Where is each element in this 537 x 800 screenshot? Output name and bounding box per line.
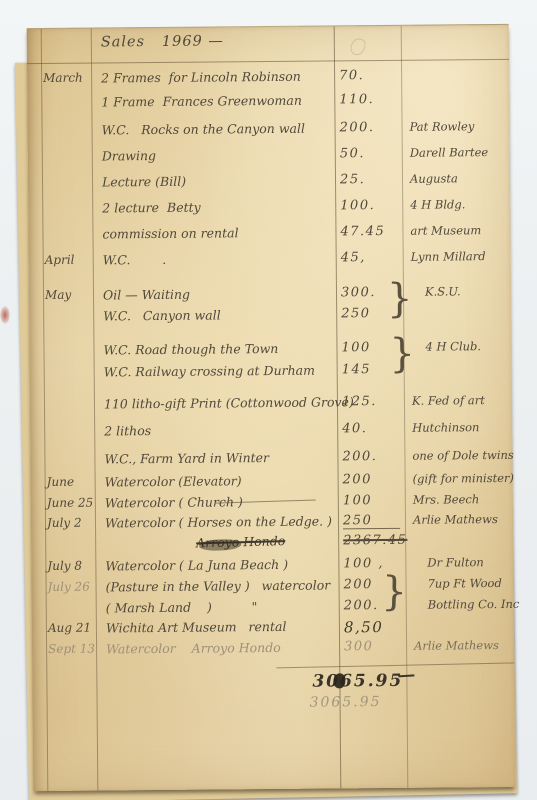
entry-date: July 26 [47, 580, 99, 594]
entry-amount: 100 , [343, 556, 384, 571]
header-underline [27, 59, 509, 64]
entry-description: Drawing [102, 148, 156, 163]
grouping-brace: } [381, 572, 407, 613]
ledger-row: March 2 Frames for Lincoln Robinson 70. [27, 67, 509, 93]
entry-amount: 45, [341, 250, 366, 265]
entry-date: July 2 [47, 516, 99, 530]
entry-payer: Hutchinson [412, 420, 479, 435]
entry-payer: K.S.U. [425, 284, 461, 298]
entry-date: Sept 13 [48, 642, 100, 656]
total-amount: 3065.95 [312, 671, 403, 692]
entry-date: March [43, 71, 95, 85]
ledger-row: W.C. Railway crossing at Durham 145 [30, 361, 512, 387]
entry-amount: 250 [343, 513, 400, 529]
entry-amount: 100 [341, 340, 370, 355]
entry-amount: 8,50 [344, 618, 384, 636]
entry-payer: Lynn Millard [411, 249, 486, 264]
red-stain [0, 306, 10, 324]
ledger-row: W.C. Rocks on the Canyon wall 200. Pat R… [28, 119, 510, 145]
entry-description: W.C. Road though the Town [103, 341, 278, 358]
entry-amount: 110. [339, 92, 374, 107]
ledger-row: Lecture (Bill) 25. Augusta [28, 171, 510, 197]
ledger-row: 2 lecture Betty 100. 4 H Bldg. [28, 197, 510, 223]
entry-payer: Arlie Mathews [413, 512, 498, 527]
entry-payer: 7up Ft Wood [427, 576, 501, 591]
entry-description: Watercolor ( Church ) [105, 494, 243, 510]
entry-description: 2 lecture Betty [102, 200, 201, 216]
ledger-row: 1 Frame Frances Greenwoman 110. [27, 91, 509, 117]
entry-payer: Pat Rowley [409, 119, 474, 134]
entry-date: April [45, 253, 97, 267]
entry-payer: 4 H Club. [425, 339, 481, 353]
ledger-row-struck: Arroyo Hondo 2367.45 [31, 532, 513, 558]
ledger-row: W.C. Canyon wall 250 [29, 305, 511, 331]
ledger-row: 2 lithos 40. Hutchinson [30, 420, 512, 446]
page-title: Sales 1969 — [101, 33, 224, 50]
entry-description: Watercolor ( Horses on the Ledge. ) [105, 513, 332, 530]
entry-payer: Mrs. Beech [413, 492, 480, 507]
ledger-row: commission on rental 47.45 art Museum [28, 223, 510, 249]
scanner-background: Sales 1969 — March 2 Frames for Lincoln … [0, 0, 537, 800]
entry-description: W.C., Farm Yard in Winter [104, 450, 269, 466]
entry-description: W.C. Rocks on the Canyon wall [102, 121, 305, 138]
entry-description: Lecture (Bill) [102, 174, 186, 190]
entry-amount: 250 [341, 306, 370, 321]
entry-payer: (gift for minister) [413, 471, 514, 486]
entry-description: Wichita Art Museum rental [106, 619, 287, 636]
ledger-row: W.C., Farm Yard in Winter 200. one of Do… [30, 448, 512, 474]
entry-description: Watercolor Arroyo Hondo [106, 640, 281, 657]
entry-payer: 4 H Bldg. [410, 197, 465, 211]
grouping-brace: } [389, 334, 415, 374]
grouping-brace: } [387, 279, 413, 319]
entry-description: W.C. Canyon wall [103, 307, 221, 323]
ledger-row: Sept 13 Watercolor Arroyo Hondo 300 Arli… [32, 638, 514, 664]
entry-amount: 300 [344, 639, 373, 654]
entry-description: Oil — Waiting [103, 287, 190, 303]
entry-description: W.C. Railway crossing at Durham [104, 363, 315, 380]
entry-payer: K. Fed of art [412, 393, 485, 408]
entry-description: 110 litho-gift Print (Cottonwood Grove) [104, 394, 354, 411]
entry-payer: Dr Fulton [427, 555, 484, 569]
entry-description: Watercolor (Elevator) [105, 473, 242, 489]
entry-amount: 100 [343, 493, 372, 508]
ink-blot [333, 673, 345, 688]
entry-payer: Augusta [410, 171, 458, 185]
faint-scribble [349, 37, 367, 57]
entry-amount: 200. [339, 120, 374, 135]
entry-amount: 200. [342, 449, 377, 464]
entry-description: Watercolor ( La Juna Beach ) [105, 557, 288, 574]
total-amount-pencil: 3065.95 [310, 694, 382, 711]
entry-payer: Bottling Co. Inc [428, 597, 520, 612]
entry-payer: one of Dole twins [412, 448, 513, 463]
entry-description: 2 Frames for Lincoln Robinson [101, 69, 301, 86]
ledger-row: Drawing 50. Darell Bartee [28, 145, 510, 171]
entry-amount-struck: 2367.45 [343, 533, 407, 549]
entry-payer: Darell Bartee [410, 145, 489, 160]
entry-description: 2 lithos [104, 423, 151, 438]
entry-amount: 300. [341, 285, 376, 300]
entry-amount: 100. [340, 198, 375, 213]
entry-amount: 25. [340, 172, 365, 187]
entry-payer: Arlie Mathews [414, 638, 499, 653]
entry-description: (Pasture in the Valley ) watercolor [105, 577, 330, 594]
entry-amount: 125. [342, 394, 377, 409]
entry-date: Aug 21 [48, 621, 100, 635]
ledger-page: Sales 1969 — March 2 Frames for Lincoln … [27, 24, 516, 791]
entry-description: 1 Frame Frances Greenwoman [101, 93, 302, 110]
entry-amount: 200 [343, 472, 372, 487]
entry-amount: 47.45 [340, 224, 385, 239]
entry-amount: 145 [342, 362, 371, 377]
entry-amount: 70. [339, 68, 364, 83]
entry-amount: 200 [343, 577, 372, 592]
entry-amount: 40. [342, 421, 367, 436]
entry-date: July 8 [47, 559, 99, 573]
entry-amount: 50. [340, 146, 365, 161]
entry-payer: art Museum [410, 223, 481, 238]
ledger-row: April W.C. . 45, Lynn Millard [29, 249, 511, 275]
entry-date: May [45, 288, 97, 302]
entry-description: commission on rental [102, 225, 238, 241]
entry-description: ( Marsh Land ) " [106, 599, 258, 615]
entry-amount: 200. [344, 598, 379, 613]
ledger-row: 110 litho-gift Print (Cottonwood Grove) … [30, 393, 512, 419]
entry-date: June 25 [47, 496, 99, 510]
entry-description: W.C. . [103, 252, 167, 268]
totals-rule [276, 662, 514, 668]
entry-date: June [47, 475, 99, 489]
